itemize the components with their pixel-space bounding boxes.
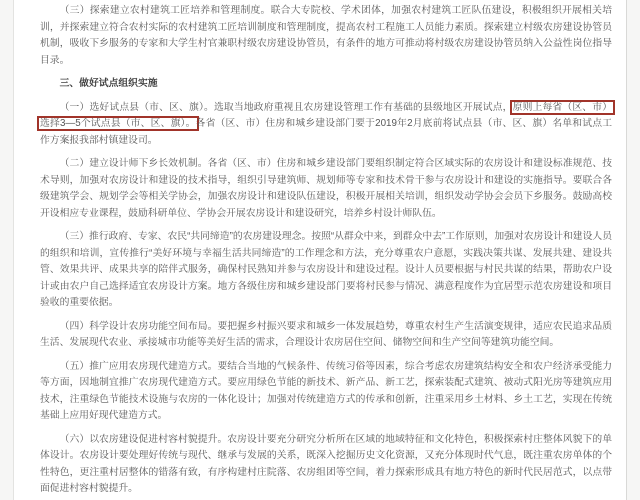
- page-background: { "page": { "colors": { "background": "#…: [0, 0, 640, 500]
- text-segment: （四）科学设计农房功能空间布局。要把握乡村振兴要求和城乡一体发展趋势，尊重农村生…: [40, 321, 612, 349]
- paragraph: （四）科学设计农房功能空间布局。要把握乡村振兴要求和城乡一体发展趋势，尊重农村生…: [40, 319, 612, 352]
- paragraph: （二）建立设计师下乡长效机制。各省（区、市）住房和城乡建设部门要组织制定符合区域…: [40, 156, 612, 222]
- paragraph: （六）以农房建设促进村容村貌提升。农房设计要充分研究分析所在区域的地域特征和文化…: [40, 432, 612, 498]
- paragraph: （三）推行政府、专家、农民“共同缔造”的农房建设理念。按照“从群众中来，到群众中…: [40, 229, 612, 312]
- highlight-box: 原则上每省（区、市）: [510, 100, 615, 115]
- section-heading: 三、做好试点组织实施: [40, 76, 612, 93]
- text-segment: （三）探索建立农村建筑工匠培养和管理制度。联合大专院校、学术团体，加强农村建筑工…: [40, 5, 612, 66]
- paragraph: （五）推广应用农房现代建造方式。要结合当地的气候条件、传统习俗等因素，综合考虑农…: [40, 359, 612, 425]
- text-segment: （五）推广应用农房现代建造方式。要结合当地的气候条件、传统习俗等因素，综合考虑农…: [40, 361, 612, 422]
- text-segment: （六）以农房建设促进村容村貌提升。农房设计要充分研究分析所在区域的地域特征和文化…: [40, 434, 612, 495]
- text-segment: （三）推行政府、专家、农民“共同缔造”的农房建设理念。按照“从群众中来，到群众中…: [40, 231, 612, 308]
- document-body: （三）探索建立农村建筑工匠培养和管理制度。联合大专院校、学术团体，加强农村建筑工…: [14, 0, 626, 500]
- highlight-box: 选择3—5个试点县（市、区、旗）。: [37, 116, 199, 131]
- paragraph: （三）探索建立农村建筑工匠培养和管理制度。联合大专院校、学术团体，加强农村建筑工…: [40, 3, 612, 69]
- document-page: （三）探索建立农村建筑工匠培养和管理制度。联合大专院校、学术团体，加强农村建筑工…: [13, 0, 627, 500]
- text-segment: （二）建立设计师下乡长效机制。各省（区、市）住房和城乡建设部门要组织制定符合区域…: [40, 158, 612, 219]
- text-segment: 三、做好试点组织实施: [60, 78, 158, 89]
- text-segment: （一）选好试点县（市、区、旗）。选取当地政府重视且农房建设管理工作有基础的县级地…: [60, 102, 513, 113]
- paragraph: （一）选好试点县（市、区、旗）。选取当地政府重视且农房建设管理工作有基础的县级地…: [40, 100, 612, 150]
